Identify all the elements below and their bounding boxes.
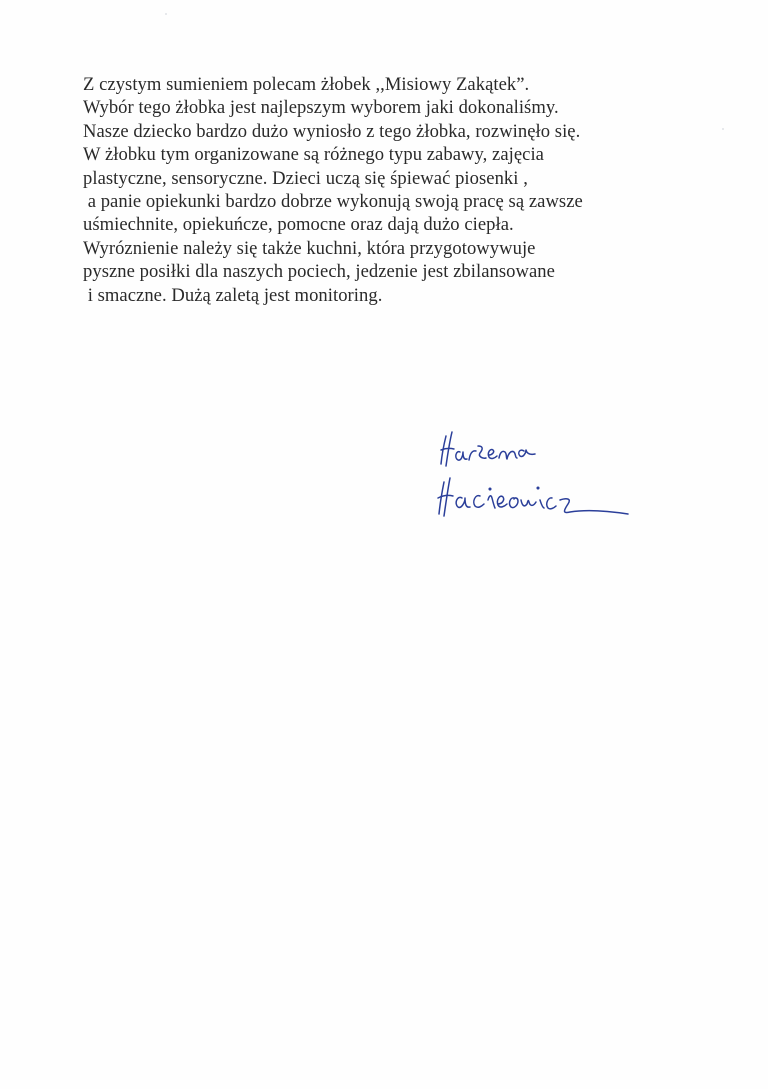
scan-speck xyxy=(165,13,167,15)
letter-line-8: Wyróznienie należy się także kuchni, któ… xyxy=(83,237,743,260)
letter-line-10: i smaczne. Dużą zaletą jest monitoring. xyxy=(83,284,743,307)
handwritten-signature xyxy=(432,422,642,532)
letter-line-1: Z czystym sumieniem polecam żłobek ,,Mis… xyxy=(83,73,743,96)
letter-line-2: Wybór tego żłobka jest najlepszym wybore… xyxy=(83,96,743,119)
scan-speck xyxy=(722,128,724,130)
letter-line-3: Nasze dziecko bardzo dużo wyniosło z teg… xyxy=(83,120,743,143)
letter-line-4: W żłobku tym organizowane są różnego typ… xyxy=(83,143,743,166)
signature-strokes-icon xyxy=(432,422,642,532)
letter-line-9: pyszne posiłki dla naszych pociech, jedz… xyxy=(83,260,743,283)
letter-body: Z czystym sumieniem polecam żłobek ,,Mis… xyxy=(83,73,743,307)
letter-line-6: a panie opiekunki bardzo dobrze wykonują… xyxy=(83,190,743,213)
letter-line-5: plastyczne, sensoryczne. Dzieci uczą się… xyxy=(83,167,743,190)
scanned-page: Z czystym sumieniem polecam żłobek ,,Mis… xyxy=(0,0,768,1089)
letter-line-7: uśmiechnite, opiekuńcze, pomocne oraz da… xyxy=(83,213,743,236)
